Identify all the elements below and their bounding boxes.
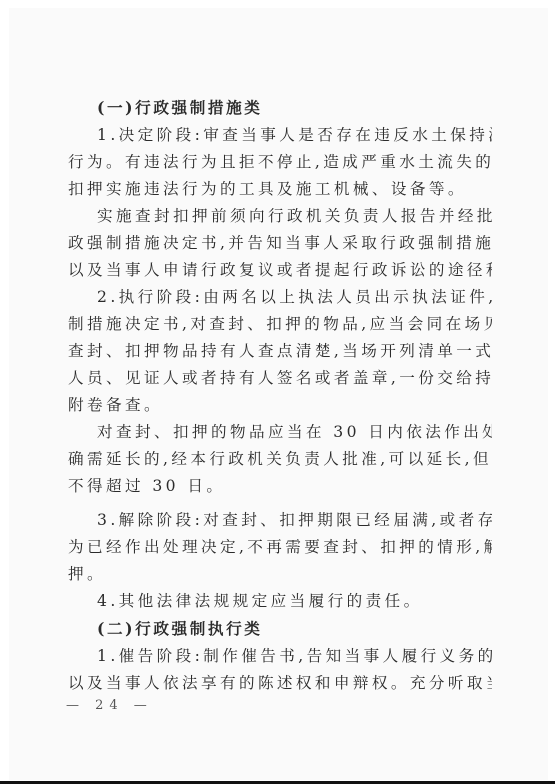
paragraph-line: 查封、扣押物品持有人查点清楚,当场开列清单一式二份,由执法 bbox=[68, 340, 492, 362]
paragraph-line: 为已经作出处理决定,不再需要查封、扣押的情形,解除查封、扣 bbox=[68, 536, 492, 558]
paragraph-line: 制措施决定书,对查封、扣押的物品,应当会同在场见证人或者被 bbox=[68, 313, 492, 335]
paragraph-line: 附卷备查。 bbox=[68, 394, 492, 416]
paragraph-line: 1.决定阶段:审查当事人是否存在违反水土保持法律法规的 bbox=[97, 124, 492, 146]
paragraph-line: 以及当事人申请行政复议或者提起行政诉讼的途径和期限。 bbox=[68, 259, 492, 281]
paragraph-line: 政强制措施决定书,并告知当事人采取行政强制措施的理由、依据 bbox=[68, 232, 492, 254]
paragraph-line: 对查封、扣押的物品应当在 30 日内依法作出处理。情况复杂 bbox=[97, 421, 492, 443]
section-heading-2: (二)行政强制执行类 bbox=[97, 618, 492, 640]
paragraph-line: 实施查封扣押前须向行政机关负责人报告并经批准,制作行 bbox=[97, 205, 492, 227]
paragraph-line: 押。 bbox=[68, 563, 492, 585]
paragraph-line: 2.执行阶段:由两名以上执法人员出示执法证件,送达行政强 bbox=[97, 286, 492, 308]
paragraph-line: 不得超过 30 日。 bbox=[68, 475, 492, 497]
paragraph-line: 1.催告阶段:制作催告书,告知当事人履行义务的期限、方式 bbox=[97, 645, 492, 667]
page-number: — 24 — bbox=[66, 698, 153, 713]
paragraph-line: 人员、见证人或者持有人签名或者盖章,一份交给持有人,另一份 bbox=[68, 367, 492, 389]
paragraph-line: 3.解除阶段:对查封、扣押期限已经届满,或者存在对违法行 bbox=[97, 509, 492, 531]
paragraph-line: 扣押实施违法行为的工具及施工机械、设备等。 bbox=[68, 178, 492, 200]
paragraph-line: 以及当事人依法享有的陈述权和申辩权。充分听取当事人的意 bbox=[68, 672, 492, 694]
paragraph-line: 4.其他法律法规规定应当履行的责任。 bbox=[97, 590, 492, 612]
paragraph-line: 确需延长的,经本行政机关负责人批准,可以延长,但是延长期限 bbox=[68, 448, 492, 470]
section-heading-1: (一)行政强制措施类 bbox=[97, 97, 492, 119]
paragraph-line: 行为。有违法行为且拒不停止,造成严重水土流失的,可以查封、 bbox=[68, 151, 492, 173]
